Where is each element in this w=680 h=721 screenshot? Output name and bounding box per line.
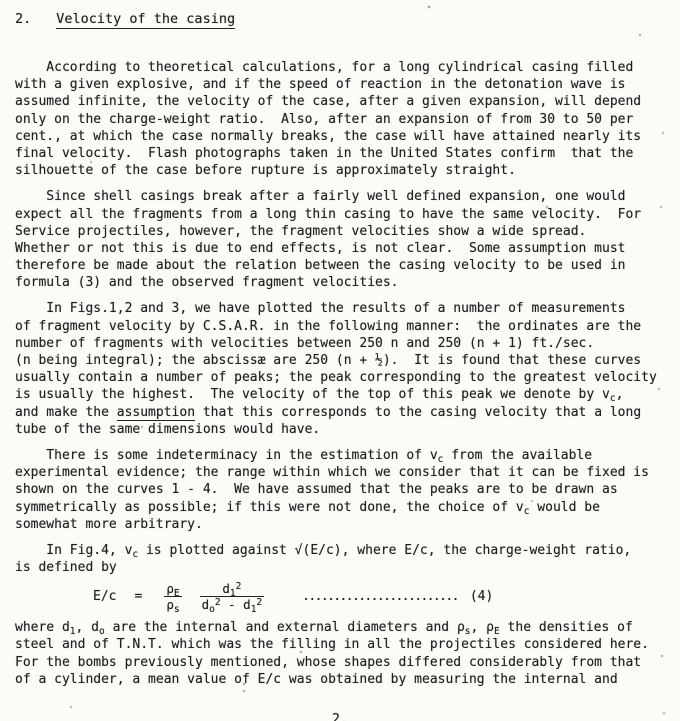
text-line: is usually the highest. The velocity of … [15,386,665,403]
text-line: cent., at which the case normally breaks… [15,128,665,145]
text-line: is defined by [15,559,665,576]
text-line: tube of the same dimensions would have. [15,421,665,438]
text-line: For the bombs previously mentioned, whos… [15,654,665,671]
text-line: usually contain a number of peaks; the p… [15,369,665,386]
equation-4: E/c = ρE ρs d12 do2 - d12 ..............… [93,581,665,612]
fraction-numerator: d12 [220,581,243,596]
scan-noise-specks [0,0,2,2]
text-line: Service projectiles, however, the fragme… [15,223,665,240]
equation-lhs: E/c [93,589,116,604]
section-heading: 2.Velocity of the casing [15,10,665,46]
fraction-numerator: ρE [164,581,181,596]
text-line: therefore be made about the relation bet… [15,257,665,274]
page-number: 2. [15,712,665,721]
text-line: where d1, do are the internal and extern… [15,619,665,636]
document-page: 2.Velocity of the casing According to th… [0,0,680,721]
text-line: symmetrically as possible; if this were … [15,499,665,516]
text-line: According to theoretical calculations, f… [15,59,665,76]
text-line: somewhat more arbitrary. [15,516,665,533]
text-line: silhouette of the case before rupture is… [15,162,665,179]
text-line: Since shell casings break after a fairly… [15,188,665,205]
text-line: Whether or not this is due to end effect… [15,240,665,257]
paragraph-3: In Figs.1,2 and 3, we have plotted the r… [15,300,665,438]
equation-number: (4) [470,589,493,604]
text-line: In Figs.1,2 and 3, we have plotted the r… [15,300,665,317]
text-line: (n being integral); the abscissæ are 250… [15,352,665,369]
text-line: with a given explosive, and if the speed… [15,76,665,93]
text-line: only on the charge-weight ratio. Also, a… [15,111,665,128]
text-line: There is some indeterminacy in the estim… [15,447,665,464]
paragraph-2: Since shell casings break after a fairly… [15,188,665,291]
paragraph-6: where d1, do are the internal and extern… [15,619,665,688]
paragraph-5: In Fig.4, vc is plotted against √(E/c), … [15,542,665,576]
text-line: shown on the curves 1 - 4. We have assum… [15,481,665,498]
fraction-diameters: d12 do2 - d12 [200,581,265,612]
text-line: number of fragments with velocities betw… [15,335,665,352]
text-line: and make the assumption that this corres… [15,404,665,421]
paragraph-1: According to theoretical calculations, f… [15,59,665,179]
text-line: experimental evidence; the range within … [15,464,665,481]
dotted-leader: ......................... [302,589,458,604]
text-line: final velocity. Flash photographs taken … [15,145,665,162]
paragraph-4: There is some indeterminacy in the estim… [15,447,665,533]
text-line: formula (3) and the observed fragment ve… [15,274,665,291]
text-line: expect all the fragments from a long thi… [15,206,665,223]
text-line: of a cylinder, a mean value of E/c was o… [15,671,665,688]
text-line: In Fig.4, vc is plotted against √(E/c), … [15,542,665,559]
fraction-densities: ρE ρs [164,581,181,612]
section-number: 2. [15,11,31,27]
section-title: Velocity of the casing [56,11,235,29]
text-line: assumed infinite, the velocity of the ca… [15,93,665,110]
text-line: steel and of T.N.T. which was the fillin… [15,636,665,653]
equals-sign: = [134,589,142,604]
text-line: of fragment velocity by C.S.A.R. in the … [15,318,665,335]
